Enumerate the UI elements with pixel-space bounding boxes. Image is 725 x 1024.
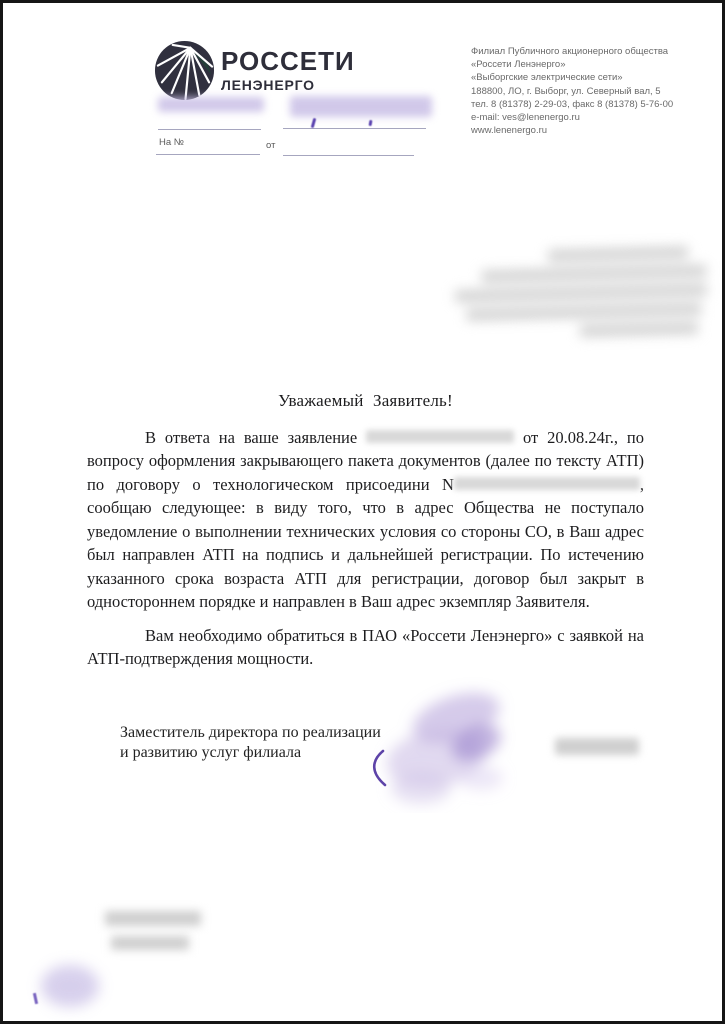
handwritten-pen-mark (311, 118, 317, 128)
contact-line: «Россети Ленэнерго» (471, 58, 686, 71)
redacted-recipient-address (454, 246, 708, 341)
redacted-contract-number (454, 477, 640, 490)
handwritten-pen-mark (369, 120, 373, 126)
brand-text: РОССЕТИ ЛЕНЭНЕРГО (221, 39, 355, 93)
ref-number-label: На № (159, 137, 184, 148)
brand-subname: ЛЕНЭНЕРГО (221, 77, 355, 93)
paragraph-1: В ответа на ваше заявление от 20.08.24г.… (87, 426, 644, 614)
redacted-line (466, 303, 701, 321)
redacted-executor-line (105, 911, 201, 926)
contact-line: тел. 8 (81378) 2-29-03, факс 8 (81378) 5… (471, 98, 686, 111)
branch-contact-block: Филиал Публичного акционерного общества … (471, 45, 686, 137)
redacted-outgoing-date (290, 96, 432, 117)
redacted-executor-line (111, 936, 189, 950)
signer-job-title-line: и развитию услуг филиала (120, 743, 381, 763)
contact-line-website: www.lenenergo.ru (471, 124, 686, 137)
paragraph-1-text: , сообщаю следующее: в виду того, что в … (87, 475, 644, 612)
contact-line-email: e-mail: ves@lenenergo.ru (471, 111, 686, 124)
scanned-letter-page: РОССЕТИ ЛЕНЭНЕРГО Филиал Публичного акци… (0, 0, 725, 1024)
contact-line: 188800, ЛО, г. Выборг, ул. Северный вал,… (471, 85, 686, 98)
rosseti-globe-icon (153, 39, 216, 102)
letter-body: Уважаемый Заявитель! В ответа на ваше за… (87, 389, 644, 671)
contact-line: Филиал Публичного акционерного общества (471, 45, 686, 58)
handwritten-signature (361, 673, 541, 813)
reference-line (283, 155, 414, 156)
reference-line (156, 154, 260, 155)
salutation: Уважаемый Заявитель! (87, 389, 644, 413)
redacted-stamp-mark (41, 965, 99, 1007)
redacted-application-number (366, 430, 514, 443)
signer-job-title: Заместитель директора по реализации и ра… (120, 723, 381, 762)
company-logo: РОССЕТИ ЛЕНЭНЕРГО (153, 39, 355, 102)
redacted-line (580, 322, 698, 337)
ref-date-label: от (266, 140, 275, 151)
redacted-outgoing-number (158, 97, 264, 112)
reference-line (283, 128, 426, 129)
reference-line (158, 129, 261, 130)
redacted-line (548, 246, 688, 262)
redacted-signer-name (555, 738, 639, 755)
paragraph-2: Вам необходимо обратиться в ПАО «Россети… (87, 624, 644, 671)
pen-corner-mark (33, 993, 38, 1004)
contact-line: «Выборгские электрические сети» (471, 71, 686, 84)
signer-job-title-line: Заместитель директора по реализации (120, 723, 381, 743)
redacted-line (455, 284, 707, 303)
brand-name: РОССЕТИ (221, 49, 355, 73)
redacted-line (481, 265, 706, 283)
signature-scribble-icon (361, 673, 541, 813)
paragraph-1-text: В ответа на ваше заявление (145, 428, 366, 447)
